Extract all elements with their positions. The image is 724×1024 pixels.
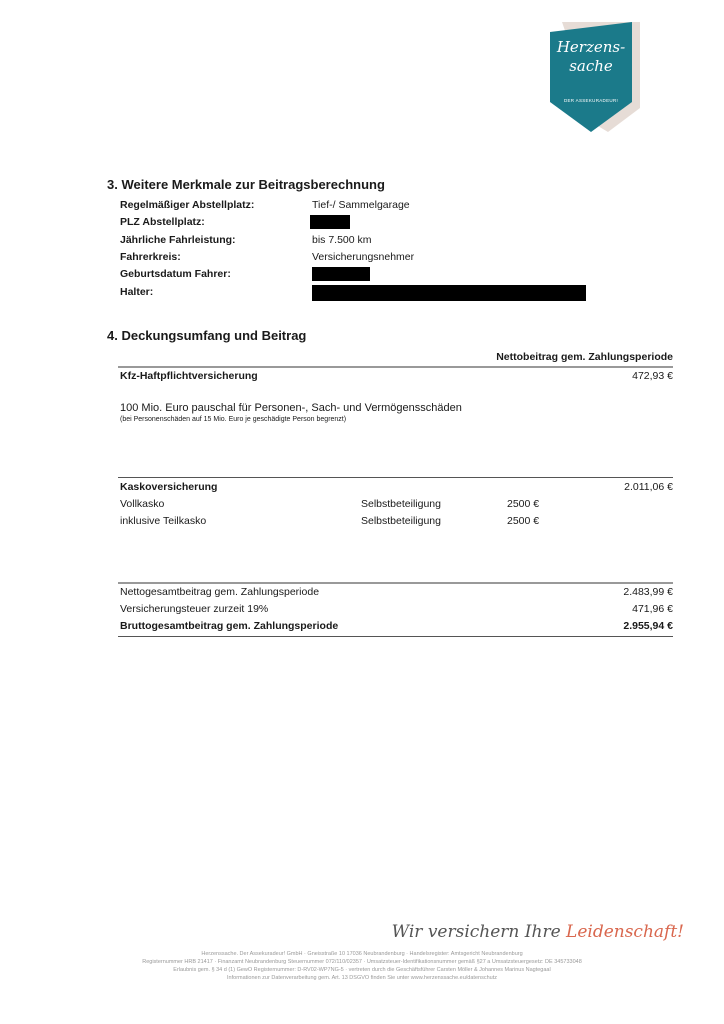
tagline-accent: Leidenschaft!	[566, 922, 684, 942]
divider	[118, 636, 673, 637]
liability-coverage-note: (bei Personenschäden auf 15 Mio. Euro je…	[120, 416, 346, 423]
casco-amount: 2.011,06 €	[624, 481, 673, 493]
label-halter: Halter:	[120, 286, 153, 298]
total-gross-label: Bruttogesamtbeitrag gem. Zahlungsperiode	[120, 620, 338, 632]
label-fahrerkreis: Fahrerkreis:	[120, 251, 181, 263]
divider	[118, 477, 673, 478]
label-fahrleistung: Jährliche Fahrleistung:	[120, 234, 236, 246]
footer-line: Herzenssache. Der Assekuradeur! GmbH · G…	[0, 951, 724, 957]
tax-label: Versicherungsteuer zurzeit 19%	[120, 603, 268, 615]
casco-row-value: 2500 €	[507, 515, 539, 527]
redacted-halter	[312, 285, 586, 301]
tax-amount: 471,96 €	[632, 603, 673, 615]
footer-line: Registernummer HRB 21417 · Finanzamt Neu…	[0, 959, 724, 965]
tagline: Wir versichern Ihre Leidenschaft!	[392, 922, 684, 942]
liability-name: Kfz-Haftpflichtversicherung	[120, 370, 258, 382]
footer-line: Informationen zur Datenverarbeitung gem.…	[0, 975, 724, 981]
logo-line1: Herzens-	[548, 38, 634, 57]
total-net-amount: 2.483,99 €	[623, 586, 673, 598]
tagline-main: Wir versichern Ihre	[392, 922, 566, 942]
column-header: Nettobeitrag gem. Zahlungsperiode	[496, 351, 673, 363]
liability-amount: 472,93 €	[632, 370, 673, 382]
casco-row-name: inklusive Teilkasko	[120, 515, 206, 527]
total-gross-amount: 2.955,94 €	[623, 620, 673, 632]
total-net-label: Nettogesamtbeitrag gem. Zahlungsperiode	[120, 586, 319, 598]
logo-subtitle: DER ASSEKURADEUR!	[548, 98, 634, 103]
value-abstellplatz: Tief-/ Sammelgarage	[312, 199, 410, 211]
value-fahrleistung: bis 7.500 km	[312, 234, 372, 246]
casco-row-name: Vollkasko	[120, 498, 164, 510]
casco-row-label: Selbstbeteiligung	[361, 515, 441, 527]
section3-title: 3. Weitere Merkmale zur Beitragsberechnu…	[107, 177, 385, 192]
label-plz: PLZ Abstellplatz:	[120, 216, 205, 228]
value-fahrerkreis: Versicherungsnehmer	[312, 251, 414, 263]
casco-row-value: 2500 €	[507, 498, 539, 510]
logo-line2: sache	[548, 57, 634, 76]
label-abstellplatz: Regelmäßiger Abstellplatz:	[120, 199, 254, 211]
company-logo: Herzens- sache DER ASSEKURADEUR!	[548, 18, 644, 136]
footer-line: Erlaubnis gem. § 34 d (1) GewO Registern…	[0, 967, 724, 973]
casco-row-label: Selbstbeteiligung	[361, 498, 441, 510]
redacted-plz	[310, 215, 350, 229]
liability-coverage: 100 Mio. Euro pauschal für Personen-, Sa…	[120, 402, 462, 414]
divider	[118, 582, 673, 584]
casco-name: Kaskoversicherung	[120, 481, 217, 493]
label-geburtsdatum: Geburtsdatum Fahrer:	[120, 268, 231, 280]
redacted-geburtsdatum	[312, 267, 370, 281]
section4-title: 4. Deckungsumfang und Beitrag	[107, 328, 306, 343]
divider	[118, 366, 673, 368]
